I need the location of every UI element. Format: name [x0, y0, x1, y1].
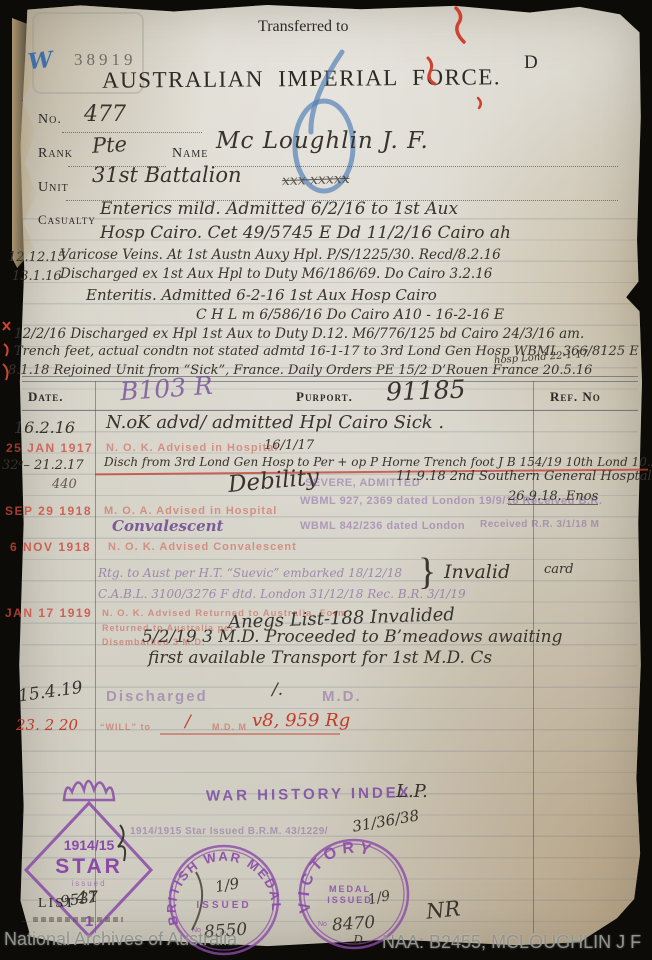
row14-stamp2: M.D.	[322, 688, 362, 705]
row15-date: 23. 2 20	[16, 716, 78, 734]
row14-stamp: Discharged	[106, 688, 208, 705]
unit-scribble: xxx xxxxx	[282, 171, 350, 189]
bwm-issued: ISSUED	[196, 900, 251, 911]
row10-stamp: C.A.B.L. 3100/3276 F dtd. London 31/12/1…	[98, 587, 466, 601]
casualty-line6: C H L m 6/586/16 Do Cairo A10 - 16-2-16 …	[196, 307, 504, 323]
war-history-initials: L.P.	[396, 781, 428, 802]
row14-hand: /.	[272, 680, 283, 700]
casualty-line2: Hosp Cairo. Cet 49/5745 E Dd 11/2/16 Cai…	[100, 223, 511, 243]
purport-number-hand: 91185	[386, 375, 466, 407]
corner-letter-d: D	[524, 52, 538, 74]
row6-stamp: M. O. A. Advised in Hospital	[104, 505, 277, 517]
row7-stamp: WBML 842/236 dated London	[300, 520, 465, 532]
victory-medal-word: MEDAL	[329, 884, 371, 894]
row2-stamp: N. O. K. Advised in Hospital	[106, 442, 278, 454]
red-margin-marks	[0, 318, 14, 384]
victory-issued-word: ISSUED	[327, 895, 373, 905]
ink-initials: NR	[425, 896, 462, 923]
casualty-label: Casualty	[38, 212, 96, 228]
casualty-line5: Enteritis. Admitted 6-2-16 1st Aux Hosp …	[86, 286, 437, 304]
victory-hand-d: D	[352, 933, 363, 947]
row5-hand: 26.9.18. Enos	[508, 489, 598, 505]
transferred-to-label: Transferred to	[258, 18, 349, 36]
row4-date: 440	[52, 477, 77, 492]
row1-date: 16.2.16	[14, 418, 75, 437]
victory-hand-fraction: 1/9	[366, 888, 391, 908]
rank-value: Pte	[91, 132, 127, 158]
row9-ref: card	[544, 562, 574, 577]
unit-label: Unit	[38, 180, 69, 196]
star-years: 1914/15	[64, 837, 115, 853]
archive-watermark-left: National Archives of Australia	[4, 929, 237, 950]
red-pen-marks	[418, 2, 498, 112]
table-top-rule	[22, 376, 638, 377]
casualty-line1: Enterics mild. Admitted 6/2/16 to 1st Au…	[100, 199, 458, 219]
tiny-printers-line	[33, 917, 123, 922]
star-1914-15-stamp: 1914/15 STAR issued 9531 1	[20, 770, 156, 938]
bwm-hand-fraction: 1/9	[214, 874, 241, 896]
no-value: 477	[84, 102, 126, 127]
row15-stamp: “WILL” to	[100, 722, 151, 732]
name-value: Mc Loughlin J. F.	[216, 128, 429, 154]
name-field-line	[212, 165, 618, 167]
casualty-line7: 12/2/16 Discharged ex Hpl 1st Aux to Dut…	[14, 326, 584, 342]
row15-hand: /	[185, 712, 191, 732]
list-hand-number: 47	[76, 888, 98, 908]
row8-date-stamp: 6 NOV 1918	[10, 540, 91, 554]
name-label: Name	[172, 146, 208, 162]
row2-hand: 16/1/17	[264, 438, 314, 453]
row3-text: Disch from 3rd Lond Gen Hosp to Per + op…	[104, 455, 652, 469]
row6-date-stamp: SEP 29 1918	[5, 504, 92, 518]
no-field-line	[62, 131, 202, 133]
row4-text: 11.9.18 2nd Southern General Hosptal	[396, 469, 652, 484]
casualty-line4: Discharged ex 1st Aux Hpl to Duty M6/186…	[60, 266, 492, 282]
archive-watermark-right: NAA: B2455, MCLOUGHLIN J F	[382, 932, 641, 953]
row7-hand: Convalescent	[112, 517, 223, 535]
star-issued-word: issued	[71, 879, 106, 888]
row12-hand: 5/2/19 3 M.D. Proceeded to B’meadows awa…	[142, 627, 563, 647]
row11-date-stamp: JAN 17 1919	[5, 606, 92, 620]
row9-stamp: Rtg. to Aust per H.T. “Suevic” embarked …	[98, 566, 402, 580]
war-history-index-stamp: WAR HISTORY INDEX	[206, 784, 412, 805]
col-header-purport: Purport.	[296, 389, 353, 405]
star-name: STAR	[55, 855, 123, 878]
col-header-ref: Ref. No	[550, 389, 601, 405]
row15-stamp2: M.D. M	[212, 722, 247, 732]
casualty-line4-date: 13.1.16	[12, 269, 62, 284]
table-top-rule2	[22, 381, 638, 382]
row15-hand2: v8, 959 Rg	[252, 710, 350, 731]
w-mark: W	[27, 47, 54, 75]
casualty-line3-date: 12.12.15	[8, 250, 66, 265]
row8-stamp: N. O. K. Advised Convalescent	[108, 541, 297, 553]
unit-value: 31st Battalion	[92, 163, 242, 187]
casualty-line3: Varicose Veins. At 1st Austn Auxy Hpl. P…	[60, 247, 501, 263]
row15-underline	[160, 733, 340, 735]
col-header-date: Date.	[28, 389, 63, 405]
no-label: No.	[38, 112, 62, 128]
row1-text: N.oK advd/ admitted Hpl Cairo Sick .	[106, 412, 444, 433]
table-header-rule	[22, 410, 638, 411]
row3-date: 32ᵃ– 21.2.17	[2, 458, 84, 473]
row13-hand: first available Transport for 1st M.D. C…	[148, 648, 492, 668]
victory-no-label: No	[318, 921, 327, 928]
row2-date-stamp: 25 JAN 1917	[6, 441, 93, 455]
row7-stamp2: Received R.R. 3/1/18 M	[480, 519, 599, 530]
row9-hand: Invalid	[444, 561, 510, 583]
list-label: LIST	[38, 896, 76, 912]
rank-label: Rank	[38, 146, 73, 162]
